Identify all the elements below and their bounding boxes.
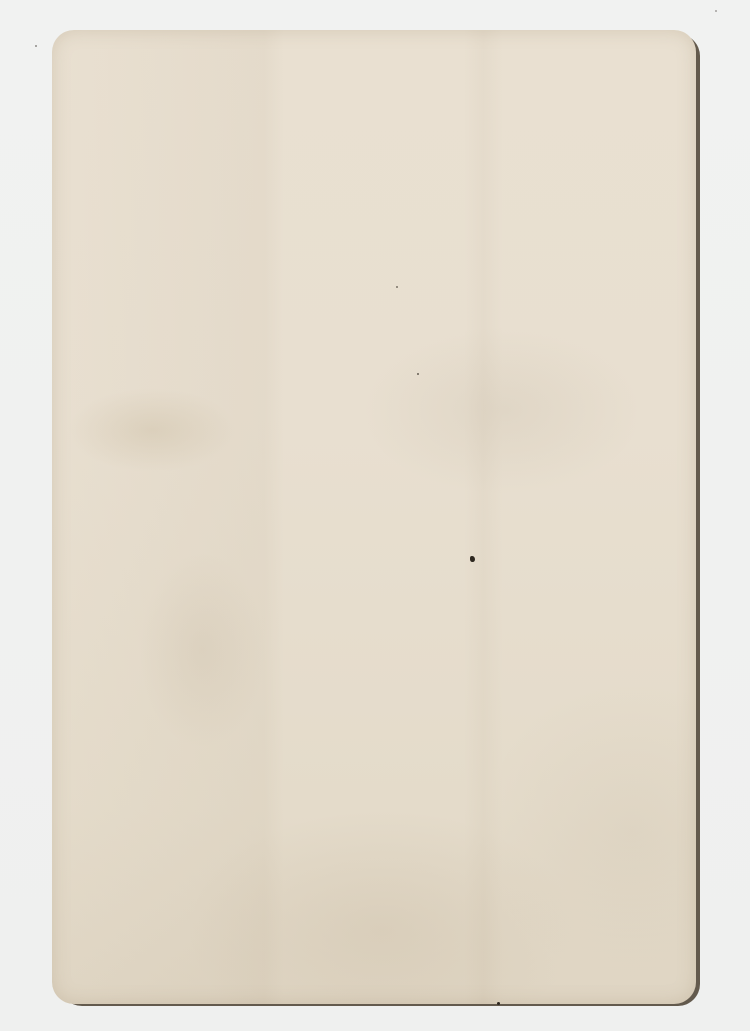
dark-speck bbox=[470, 556, 475, 562]
dark-speck bbox=[417, 373, 419, 375]
dark-speck bbox=[497, 1002, 500, 1005]
scan-background bbox=[0, 0, 750, 1031]
dark-speck bbox=[396, 286, 398, 288]
dust-speck bbox=[35, 45, 37, 47]
photo-card-back bbox=[52, 30, 696, 1004]
dust-speck bbox=[715, 10, 717, 12]
